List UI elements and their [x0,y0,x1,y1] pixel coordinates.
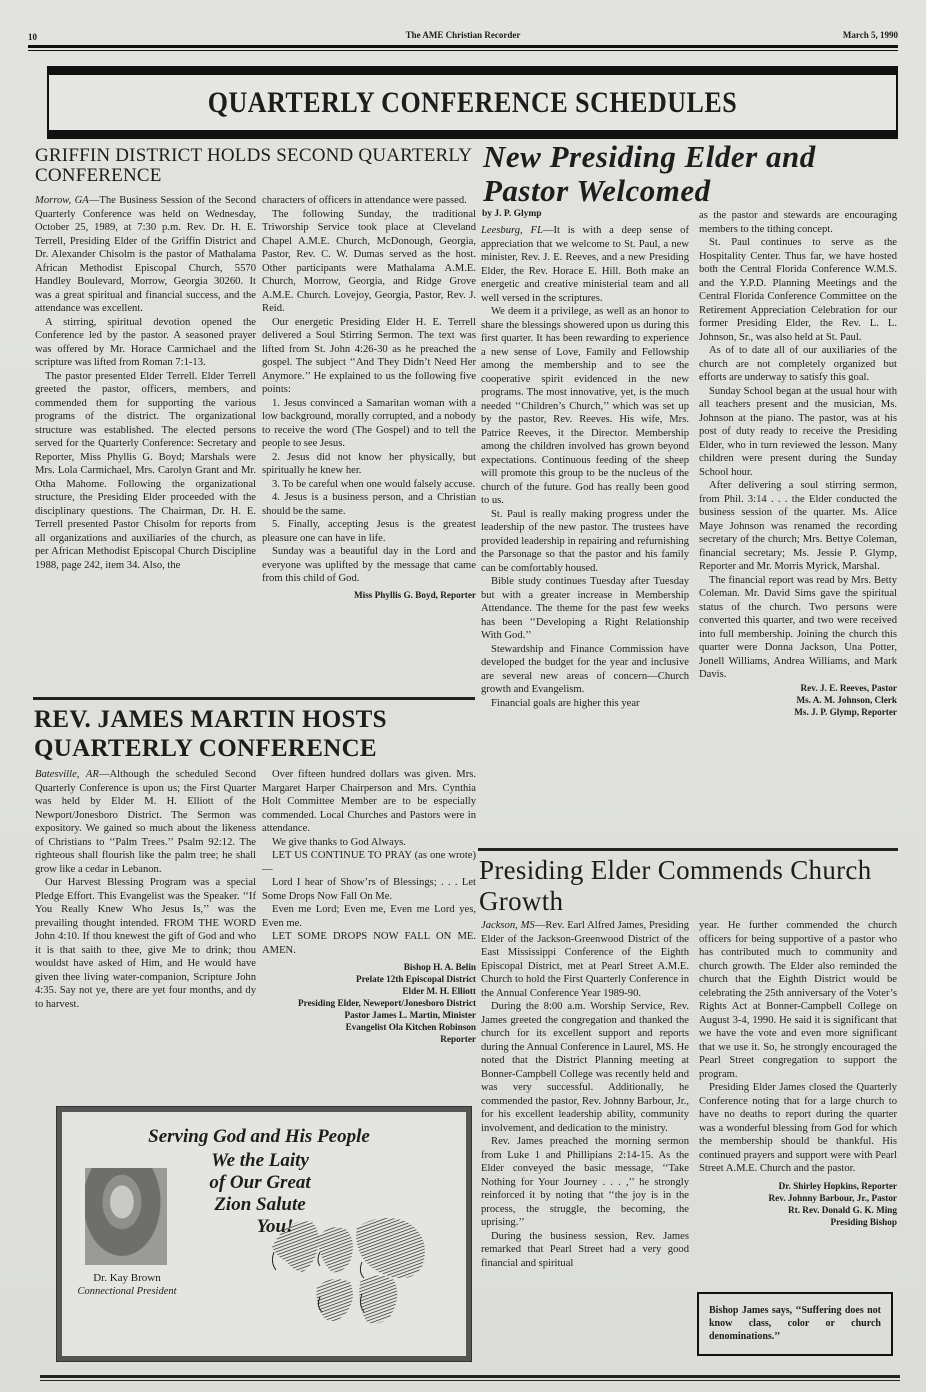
paragraph: Jackson, MS—Rev. Earl Alfred James, Pres… [481,919,689,1000]
paragraph: 5. Finally, accepting Jesus is the great… [262,518,476,545]
paragraph: The pastor presented Elder Terrell. Elde… [35,370,256,573]
paragraph: Sunday School began at the usual hour wi… [699,385,897,480]
signature: Ms. J. P. Glymp, Reporter [699,706,897,718]
portrait-photo [85,1168,167,1265]
publication-name: The AME Christian Recorder [28,30,898,40]
paragraph: The following Sunday, the traditional Tr… [262,208,476,316]
dateline: Batesville, AR [35,769,99,780]
section-banner: QUARTERLY CONFERENCE SCHEDULES [47,66,898,139]
signature: Rev. Johnny Barbour, Jr., Pastor [699,1192,897,1204]
byline: by J. P. Glymp [482,209,542,219]
laity-advertisement: Serving God and His People We the Laity … [57,1107,471,1361]
article-divider [478,848,898,851]
paragraph: year. He further commended the church of… [699,919,897,1081]
photo-caption-title: Connectional President [62,1286,192,1297]
paragraph: St. Paul continues to serve as the Hospi… [699,236,897,344]
paragraph: LET US CONTINUE TO PRAY (as one wrote) — [262,849,476,876]
signature: Presiding Bishop [699,1216,897,1228]
dateline: Morrow, GA [35,195,89,206]
dateline: Jackson, MS [481,920,535,931]
paragraph: 1. Jesus convinced a Samaritan woman wit… [262,397,476,451]
paragraph: Leesburg, FL—It is with a deep sense of … [481,224,689,305]
quote-box: Bishop James says, ‘‘Suffering does not … [697,1292,893,1356]
signature: Evangelist Ola Kitchen Robinson [262,1021,476,1033]
paragraph: 3. To be careful when one would falsely … [262,478,476,492]
paragraph: Sunday was a beautiful day in the Lord a… [262,545,476,586]
martin-column-2: Over fifteen hundred dollars was given. … [262,768,476,1045]
paragraph: Batesville, AR—Although the scheduled Se… [35,768,256,876]
signature: Rt. Rev. Donald G. K. Ming [699,1204,897,1216]
paragraph: Bible study continues Tuesday after Tues… [481,575,689,643]
paragraph: characters of officers in attendance wer… [262,194,476,208]
growth-headline: Presiding Elder Commends Church Growth [479,855,899,917]
paragraph: 4. Jesus is a business person, and a Chr… [262,491,476,518]
signature: Reporter [262,1033,476,1045]
welcomed-column-1: Leesburg, FL—It is with a deep sense of … [481,224,689,710]
photo-caption-name: Dr. Kay Brown [72,1272,182,1284]
griffin-headline: GRIFFIN DISTRICT HOLDS SECOND QUARTERLY … [35,146,475,186]
paragraph: Morrow, GA—The Business Session of the S… [35,194,256,316]
masthead-rule-thin [28,50,898,51]
paragraph: 2. Jesus did not know her physically, bu… [262,451,476,478]
faces-illustration-icon [262,1212,442,1342]
paragraph: Over fifteen hundred dollars was given. … [262,768,476,836]
issue-date: March 5, 1990 [843,30,898,40]
paragraph: as the pastor and stewards are encouragi… [699,209,897,236]
paragraph: Our energetic Presiding Elder H. E. Terr… [262,316,476,397]
footer-rule-thin [40,1380,900,1381]
paragraph: During the 8:00 a.m. Worship Service, Re… [481,1000,689,1135]
signature: Bishop H. A. Belin [262,961,476,973]
footer-rule [40,1375,900,1378]
quote-text: Bishop James says, ‘‘Suffering does not … [709,1305,881,1342]
paragraph: Presiding Elder James closed the Quarter… [699,1081,897,1176]
newspaper-page: 10 The AME Christian Recorder March 5, 1… [0,0,926,1392]
signature: Ms. A. M. Johnson, Clerk [699,694,897,706]
paragraph: Lord I hear of Show’rs of Blessings; . .… [262,876,476,903]
reporter-signature: Miss Phyllis G. Boyd, Reporter [262,589,476,601]
paragraph: Our Harvest Blessing Program was a speci… [35,876,256,1011]
signature: Rev. J. E. Reeves, Pastor [699,682,897,694]
growth-column-2: year. He further commended the church of… [699,919,897,1228]
paragraph: Stewardship and Finance Commission have … [481,643,689,697]
paragraph: During the business session, Rev. James … [481,1230,689,1271]
signature: Dr. Shirley Hopkins, Reporter [699,1180,897,1192]
ad-headline: Serving God and His People [62,1126,466,1148]
signature: Elder M. H. Elliott [262,985,476,997]
griffin-column-2: characters of officers in attendance wer… [262,194,476,601]
section-title: QUARTERLY CONFERENCE SCHEDULES [208,85,737,120]
signature: Presiding Elder, Neweport/Jonesboro Dist… [262,997,476,1009]
welcomed-headline: New Presiding Elder and Pastor Welcomed [483,140,903,208]
paragraph: After delivering a soul stirring sermon,… [699,479,897,574]
masthead: 10 The AME Christian Recorder March 5, 1… [28,30,898,44]
signature: Pastor James L. Martin, Minister [262,1009,476,1021]
paragraph: Financial goals are higher this year [481,697,689,711]
dateline: Leesburg, FL [481,225,543,236]
growth-column-1: Jackson, MS—Rev. Earl Alfred James, Pres… [481,919,689,1270]
paragraph: Rev. James preached the morning sermon f… [481,1135,689,1230]
martin-headline: REV. JAMES MARTIN HOSTS QUARTERLY CONFER… [34,705,474,763]
welcomed-column-2: as the pastor and stewards are encouragi… [699,209,897,718]
paragraph: We deem it a privilege, as well as an ho… [481,305,689,508]
griffin-column-1: Morrow, GA—The Business Session of the S… [35,194,256,572]
paragraph: We give thanks to God Always. [262,836,476,850]
paragraph: A stirring, spiritual devotion opened th… [35,316,256,370]
martin-column-1: Batesville, AR—Although the scheduled Se… [35,768,256,1011]
paragraph: St. Paul is really making progress under… [481,508,689,576]
paragraph: As of to date all of our auxiliaries of … [699,344,897,385]
paragraph: Even me Lord; Even me, Even me Lord yes,… [262,903,476,930]
masthead-rule [28,45,898,48]
article-divider [33,697,475,700]
signature: Prelate 12th Episcopal District [262,973,476,985]
paragraph: LET SOME DROPS NOW FALL ON ME. AMEN. [262,930,476,957]
paragraph: The financial report was read by Mrs. Be… [699,574,897,682]
